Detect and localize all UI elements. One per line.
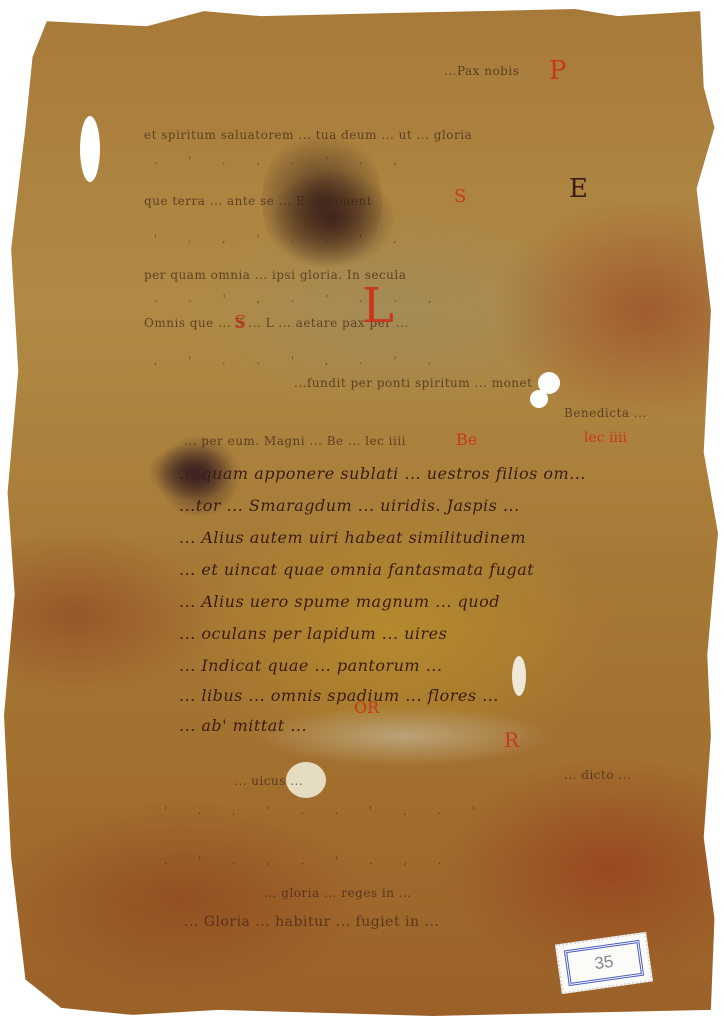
text-line: ... gloria ... reges in ... [264, 886, 412, 900]
text-line: ...fundit per ponti spiritum ... monet [294, 376, 532, 390]
text-line: ... dicto ... [564, 768, 631, 782]
text-line: ... Gloria ... habitur ... fugiet in ... [184, 914, 439, 930]
text-line: ... et uincat quae omnia fantasmata fuga… [179, 560, 534, 579]
parchment-leaf: et spiritum saluatorem ... tua deum ... … [4, 6, 718, 1020]
rubric-initial: S [454, 186, 466, 207]
rubric-mark: Be [456, 430, 477, 449]
ink-initial: E [569, 174, 588, 204]
rubric-initial: S [234, 312, 246, 333]
neume-row: . . ' , . ' . . , [154, 294, 445, 305]
label-border: 35 [564, 940, 644, 986]
text-line: et spiritum saluatorem ... tua deum ... … [144, 128, 472, 142]
label-number: 35 [593, 952, 615, 974]
parchment-hole [80, 116, 100, 182]
text-line: Benedicta ... [564, 406, 647, 420]
neume-row: , ' . . ' , . ' . [154, 356, 445, 367]
neume-row: . ' . , . ' . , . [164, 856, 455, 867]
rubric-mark: lec iiii [584, 430, 627, 446]
rubric-mark: OR [354, 698, 379, 717]
text-line: ... uicus ... [234, 774, 303, 788]
neume-row: ' . , ' . . ' , [154, 234, 410, 245]
text-line: ... oculans per lapidum ... uires [179, 624, 447, 643]
text-line: ...tor ... Smaragdum ... uiridis. Jaspis… [179, 496, 520, 515]
text-line: ... quam apponere sublati ... uestros fi… [179, 464, 586, 483]
text-line: ...Pax nobis [444, 64, 519, 78]
neume-row: ' . , ' . . ' , . ' [164, 806, 489, 817]
text-line: ... Alius uero spume magnum ... quod [179, 592, 500, 611]
text-line: que terra ... ante se ... E ... uouent [144, 194, 372, 208]
text-line: ... libus ... omnis spadium ... flores .… [179, 686, 499, 705]
parchment-hole [530, 390, 548, 408]
text-line: ... per eum. Magni ... Be ... lec iiii [184, 434, 406, 448]
text-line: ... Alius autem uiri habeat similitudine… [179, 528, 526, 547]
rubric-mark: R [504, 728, 519, 752]
rubric-initial: P [549, 56, 567, 86]
text-line: ... ab' mittat ... [179, 716, 307, 735]
neume-row: . ' . , . ' . , [154, 156, 411, 167]
rubric-initial: L [362, 278, 394, 334]
text-line: ... Indicat quae ... pantorum ... [179, 656, 442, 675]
parchment-hole [512, 656, 526, 696]
